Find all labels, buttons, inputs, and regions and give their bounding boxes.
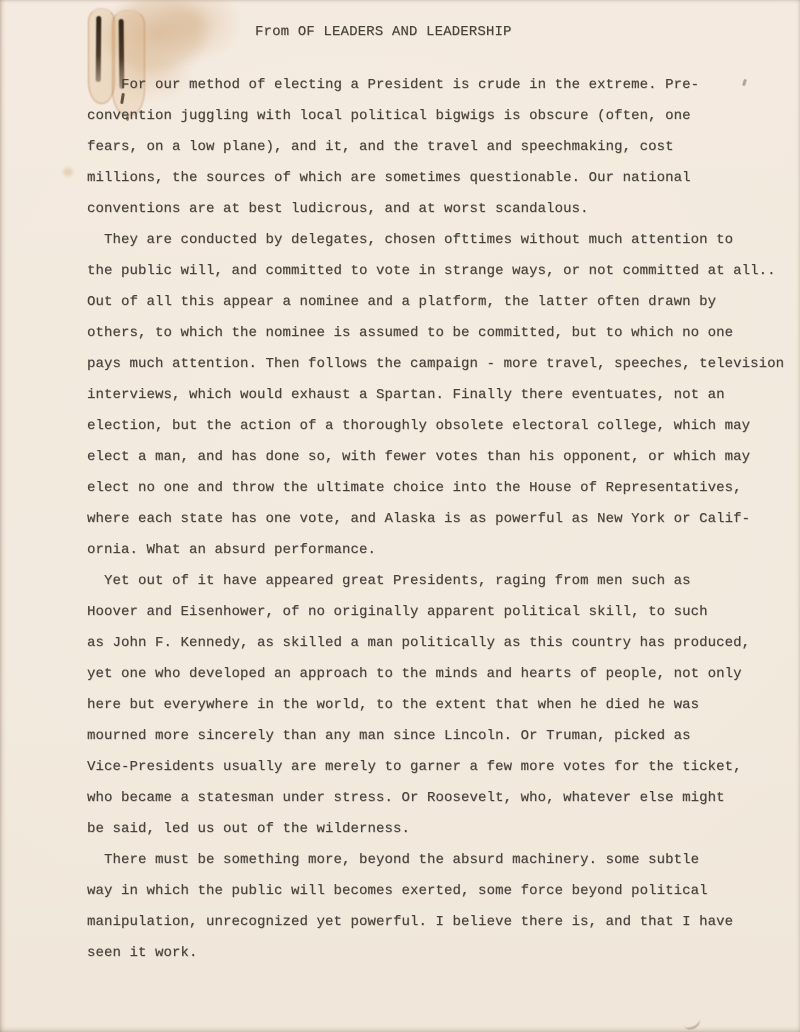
text-line: seen it work.: [87, 938, 793, 969]
document-page: From OF LEADERS AND LEADERSHIP For our m…: [0, 0, 800, 1032]
text-line: pays much attention. Then follows the ca…: [87, 349, 793, 380]
text-line: millions, the sources of which are somet…: [87, 163, 793, 194]
text-line: where each state has one vote, and Alask…: [87, 504, 793, 535]
text-line: convention juggling with local political…: [87, 101, 793, 132]
paper-speck: [63, 168, 73, 176]
text-line: yet one who developed an approach to the…: [87, 659, 793, 690]
text-line: way in which the public will becomes exe…: [87, 876, 793, 907]
text-line: There must be something more, beyond the…: [87, 845, 793, 876]
text-line: others, to which the nominee is assumed …: [87, 318, 793, 349]
text-line: manipulation, unrecognized yet powerful.…: [87, 907, 793, 938]
pencil-mark: [681, 1013, 702, 1032]
text-line: who became a statesman under stress. Or …: [87, 783, 793, 814]
text-line: They are conducted by delegates, chosen …: [87, 225, 793, 256]
paragraph: They are conducted by delegates, chosen …: [87, 225, 793, 566]
paragraph: For our method of electing a President i…: [87, 70, 793, 225]
document-title: From OF LEADERS AND LEADERSHIP: [255, 24, 512, 41]
text-line: mourned more sincerely than any man sinc…: [87, 721, 793, 752]
text-line: be said, led us out of the wilderness.: [87, 814, 793, 845]
text-line: Vice-Presidents usually are merely to ga…: [87, 752, 793, 783]
text-line: Out of all this appear a nominee and a p…: [87, 287, 793, 318]
text-line: election, but the action of a thoroughly…: [87, 411, 793, 442]
text-line: elect a man, and has done so, with fewer…: [87, 442, 793, 473]
text-line: Yet out of it have appeared great Presid…: [87, 566, 793, 597]
paragraph: There must be something more, beyond the…: [87, 845, 793, 969]
text-line: the public will, and committed to vote i…: [87, 256, 793, 287]
text-line: Hoover and Eisenhower, of no originally …: [87, 597, 793, 628]
paragraph: Yet out of it have appeared great Presid…: [87, 566, 793, 845]
text-line: fears, on a low plane), and it, and the …: [87, 132, 793, 163]
text-line: For our method of electing a President i…: [87, 70, 793, 101]
text-line: as John F. Kennedy, as skilled a man pol…: [87, 628, 793, 659]
document-body: For our method of electing a President i…: [87, 70, 793, 969]
text-line: elect no one and throw the ultimate choi…: [87, 473, 793, 504]
text-line: here but everywhere in the world, to the…: [87, 690, 793, 721]
text-line: conventions are at best ludicrous, and a…: [87, 194, 793, 225]
text-line: ornia. What an absurd performance.: [87, 535, 793, 566]
rust-stain-wash: [138, 0, 256, 75]
text-line: interviews, which would exhaust a Sparta…: [87, 380, 793, 411]
